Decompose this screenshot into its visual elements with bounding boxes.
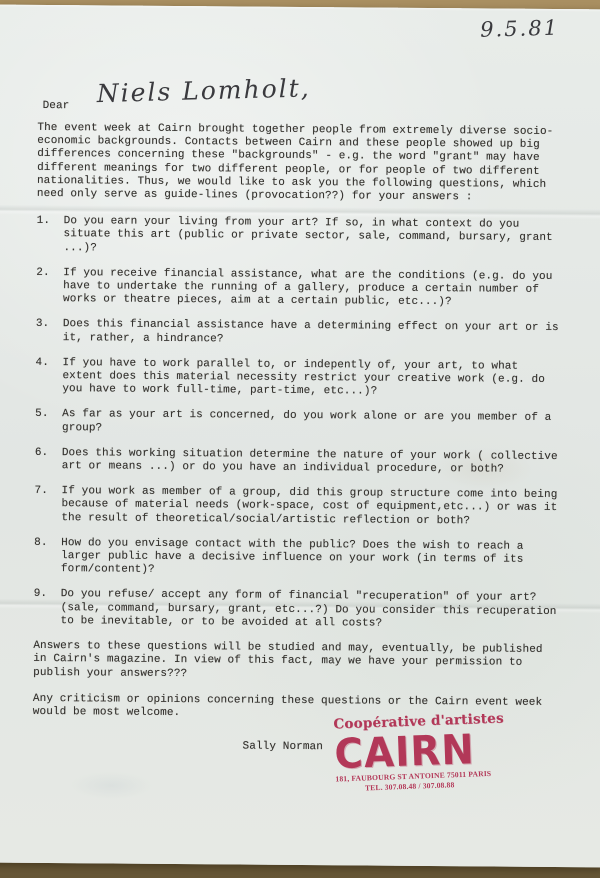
letter-paper: 9.5.81 Dear Niels Lomholt, The event wee… — [0, 5, 600, 868]
question-text: If you work as member of a group, did th… — [61, 485, 558, 529]
question-text: How do you envisage contact with the pub… — [61, 537, 558, 581]
questions-list: 1. Do you earn your living from your art… — [33, 215, 560, 632]
question-text: If you have to work parallel to, or inde… — [62, 357, 559, 401]
question-text: Does this financial assistance have a de… — [63, 319, 560, 349]
stamp-cairn-name: CAIRN — [334, 727, 486, 776]
handwritten-recipient: Niels Lomholt, — [96, 73, 311, 108]
cairn-stamp: Coopérative d'artistes CAIRN 181, FAUBOU… — [333, 711, 484, 793]
question-number: 8. — [34, 537, 61, 577]
question-number: 7. — [34, 485, 61, 525]
handwritten-date: 9.5.81 — [480, 16, 559, 42]
question-item: 4. If you have to work parallel to, or i… — [35, 357, 559, 401]
question-text: If you receive financial assistance, wha… — [63, 267, 560, 311]
question-item: 1. Do you earn your living from your art… — [36, 215, 560, 259]
question-text: Do you refuse/ accept any form of financ… — [60, 589, 557, 633]
question-text: Do you earn your living from your art? I… — [63, 215, 560, 259]
question-item: 6. Does this working situation determine… — [35, 447, 559, 478]
question-item: 8. How do you envisage contact with the … — [34, 537, 558, 581]
paper-stain — [51, 765, 171, 806]
closing-paragraph: Answers to these questions will be studi… — [33, 640, 557, 684]
letter-body: The event week at Cairn brought together… — [33, 122, 562, 756]
question-number: 9. — [33, 588, 60, 628]
question-item: 2. If you receive financial assistance, … — [36, 267, 560, 311]
question-item: 7. If you work as member of a group, did… — [34, 485, 558, 529]
question-text: Does this working situation determine th… — [62, 447, 559, 477]
question-number: 1. — [36, 215, 63, 255]
question-item: 9. Do you refuse/ accept any form of fin… — [33, 588, 557, 632]
salutation: Dear — [43, 100, 70, 113]
question-item: 3. Does this financial assistance have a… — [36, 318, 560, 349]
question-number: 2. — [36, 267, 63, 307]
question-number: 5. — [35, 408, 62, 435]
question-number: 4. — [35, 357, 62, 397]
intro-paragraph: The event week at Cairn brought together… — [37, 122, 562, 205]
photo-backdrop: { "letter": { "handwritten_date": "9.5.8… — [0, 0, 600, 878]
question-item: 5. As far as your art is concerned, do y… — [35, 408, 559, 439]
question-number: 6. — [35, 447, 62, 474]
question-number: 3. — [36, 318, 63, 345]
question-text: As far as your art is concerned, do you … — [62, 409, 559, 439]
